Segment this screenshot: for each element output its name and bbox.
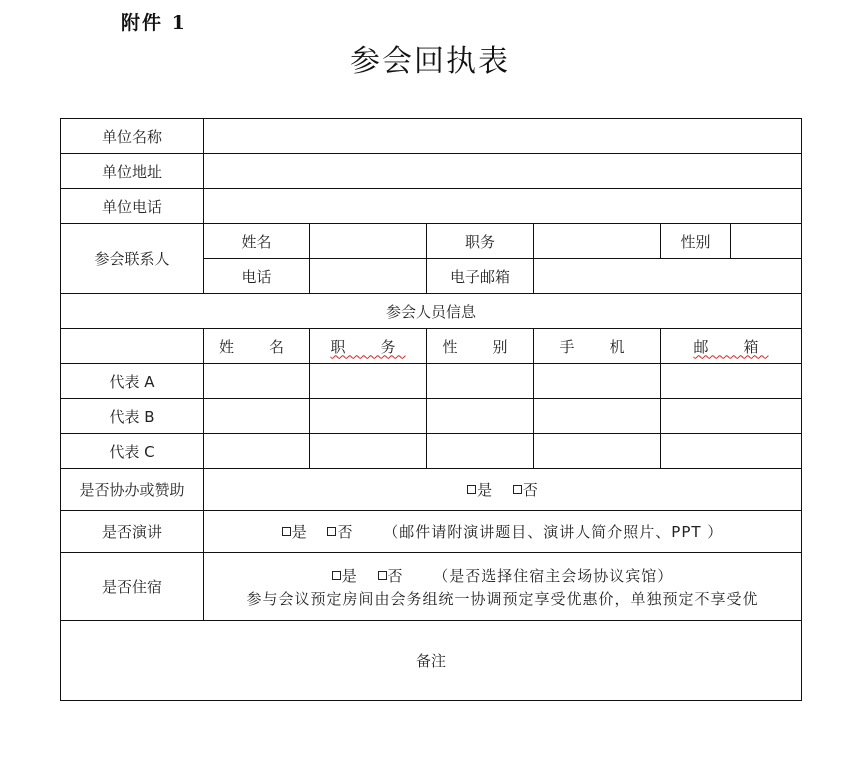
stay-row: 是否住宿 是 否 （是否选择住宿主会场协议宾馆） 参与会议预定房间由会务组统一协… xyxy=(61,553,802,621)
page-title: 参会回执表 xyxy=(0,36,860,80)
attendee-row-label: 代表 A xyxy=(61,364,204,399)
speech-label: 是否演讲 xyxy=(61,511,204,553)
contact-phone-label: 电话 xyxy=(204,259,310,294)
attendee-header-email: 邮 箱 xyxy=(661,329,802,364)
attendee-header-gender: 性 别 xyxy=(427,329,534,364)
checkbox-icon[interactable] xyxy=(327,527,336,536)
attendee-email-field[interactable] xyxy=(661,364,802,399)
contact-gender-label: 性别 xyxy=(661,224,731,259)
attendee-position-field[interactable] xyxy=(310,364,427,399)
attendee-position-field[interactable] xyxy=(310,434,427,469)
unit-name-row: 单位名称 xyxy=(61,119,802,154)
attendee-header-position: 职 务 xyxy=(310,329,427,364)
attendee-header-row: 姓 名 职 务 性 别 手 机 邮 箱 xyxy=(61,329,802,364)
sponsor-no-option[interactable]: 否 xyxy=(513,481,538,499)
sponsor-row: 是否协办或赞助 是 否 xyxy=(61,469,802,511)
attendee-row: 代表 C xyxy=(61,434,802,469)
unit-name-field[interactable] xyxy=(204,119,802,154)
contact-email-label: 电子邮箱 xyxy=(427,259,534,294)
contact-gender-field[interactable] xyxy=(731,224,802,259)
speech-options: 是 否 （邮件请附演讲题目、演讲人简介照片、PPT ） xyxy=(204,511,802,553)
attendee-gender-field[interactable] xyxy=(427,434,534,469)
registration-form-table: 单位名称 单位地址 单位电话 参会联系人 姓名 职务 性别 电话 电子邮箱 参会… xyxy=(60,118,802,701)
attendee-row-label: 代表 B xyxy=(61,399,204,434)
contact-email-field[interactable] xyxy=(534,259,802,294)
unit-name-label: 单位名称 xyxy=(61,119,204,154)
checkbox-icon[interactable] xyxy=(378,571,387,580)
remarks-field[interactable]: 备注 xyxy=(61,621,802,701)
stay-hint: （是否选择住宿主会场协议宾馆） xyxy=(433,567,673,585)
attendee-name-field[interactable] xyxy=(204,364,310,399)
contact-position-field[interactable] xyxy=(534,224,661,259)
attendee-email-field[interactable] xyxy=(661,399,802,434)
attendee-mobile-field[interactable] xyxy=(534,434,661,469)
attendee-mobile-field[interactable] xyxy=(534,399,661,434)
stay-note: 参与会议预定房间由会务组统一协调预定享受优惠价，单独预定不享受优 xyxy=(204,588,801,609)
attendee-name-field[interactable] xyxy=(204,434,310,469)
attendee-row: 代表 B xyxy=(61,399,802,434)
attendee-name-field[interactable] xyxy=(204,399,310,434)
contact-section-label: 参会联系人 xyxy=(61,224,204,294)
contact-name-label: 姓名 xyxy=(204,224,310,259)
remarks-row: 备注 xyxy=(61,621,802,701)
sponsor-label: 是否协办或赞助 xyxy=(61,469,204,511)
contact-name-field[interactable] xyxy=(310,224,427,259)
contact-row-1: 参会联系人 姓名 职务 性别 xyxy=(61,224,802,259)
speech-yes-option[interactable]: 是 xyxy=(282,523,307,541)
attendee-header-name: 姓 名 xyxy=(204,329,310,364)
attendee-mobile-field[interactable] xyxy=(534,364,661,399)
unit-phone-label: 单位电话 xyxy=(61,189,204,224)
checkbox-icon[interactable] xyxy=(513,485,522,494)
attendee-gender-field[interactable] xyxy=(427,399,534,434)
speech-hint: （邮件请附演讲题目、演讲人简介照片、PPT ） xyxy=(383,523,723,541)
attendee-header-blank xyxy=(61,329,204,364)
stay-no-option[interactable]: 否 xyxy=(378,567,403,585)
unit-address-field[interactable] xyxy=(204,154,802,189)
stay-options: 是 否 （是否选择住宿主会场协议宾馆） 参与会议预定房间由会务组统一协调预定享受… xyxy=(204,553,802,621)
sponsor-yes-option[interactable]: 是 xyxy=(467,481,492,499)
attachment-label: 附件 1 xyxy=(121,8,187,35)
attendee-position-field[interactable] xyxy=(310,399,427,434)
unit-phone-row: 单位电话 xyxy=(61,189,802,224)
contact-phone-field[interactable] xyxy=(310,259,427,294)
attendee-row-label: 代表 C xyxy=(61,434,204,469)
remarks-label: 备注 xyxy=(416,652,446,670)
attendee-header-mobile: 手 机 xyxy=(534,329,661,364)
contact-position-label: 职务 xyxy=(427,224,534,259)
unit-address-row: 单位地址 xyxy=(61,154,802,189)
unit-phone-field[interactable] xyxy=(204,189,802,224)
stay-label: 是否住宿 xyxy=(61,553,204,621)
attendee-email-field[interactable] xyxy=(661,434,802,469)
checkbox-icon[interactable] xyxy=(332,571,341,580)
speech-no-option[interactable]: 否 xyxy=(327,523,352,541)
checkbox-icon[interactable] xyxy=(282,527,291,536)
attendee-gender-field[interactable] xyxy=(427,364,534,399)
attendee-row: 代表 A xyxy=(61,364,802,399)
attendee-section-title: 参会人员信息 xyxy=(61,294,802,329)
speech-row: 是否演讲 是 否 （邮件请附演讲题目、演讲人简介照片、PPT ） xyxy=(61,511,802,553)
checkbox-icon[interactable] xyxy=(467,485,476,494)
unit-address-label: 单位地址 xyxy=(61,154,204,189)
sponsor-options: 是 否 xyxy=(204,469,802,511)
stay-yes-option[interactable]: 是 xyxy=(332,567,357,585)
attendee-section-row: 参会人员信息 xyxy=(61,294,802,329)
